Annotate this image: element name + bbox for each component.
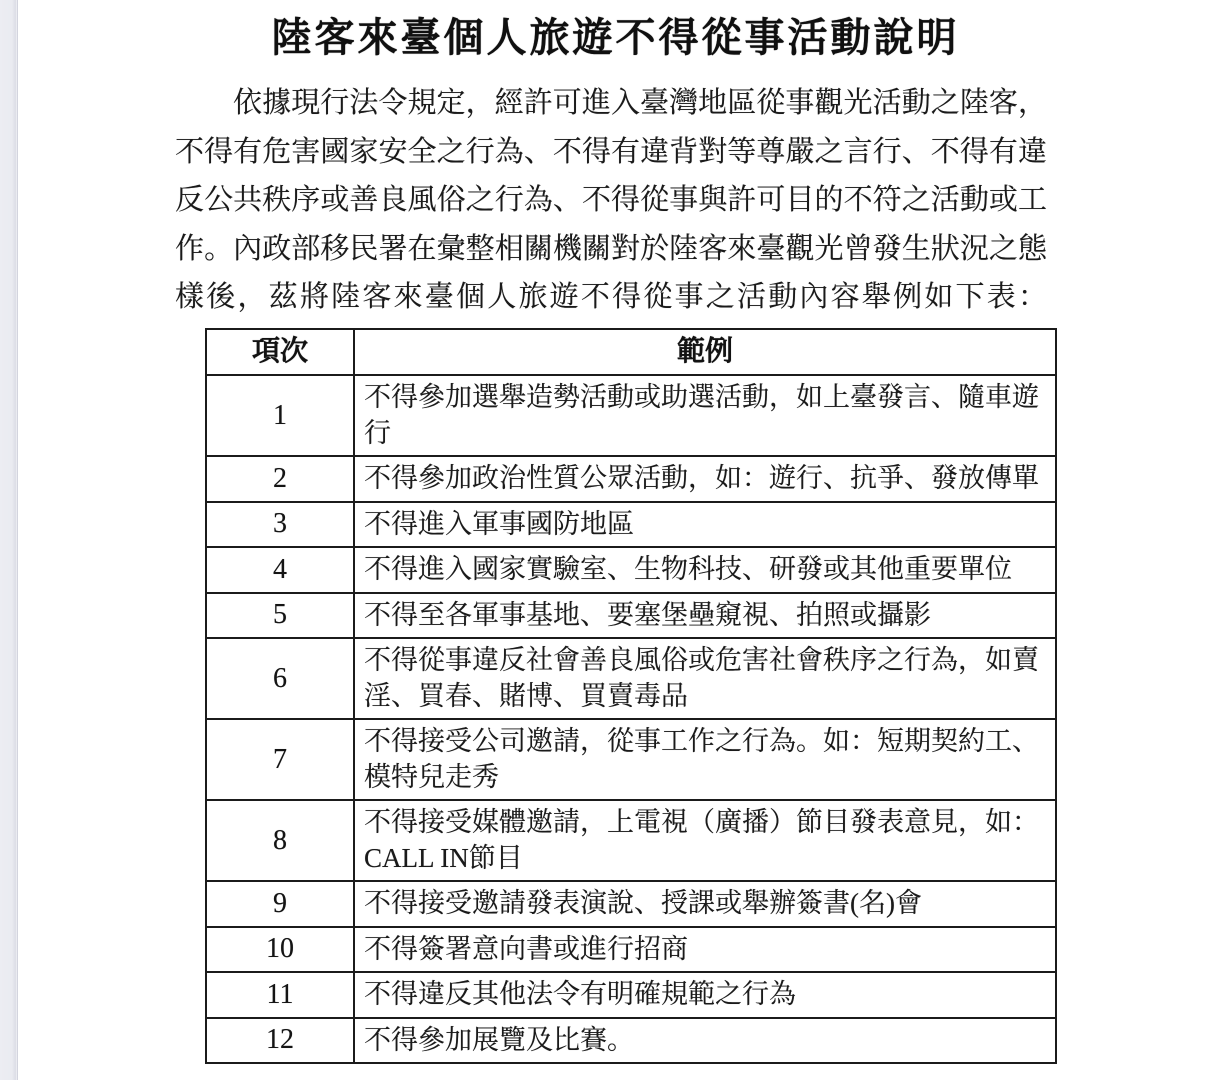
example-cell: 不得接受媒體邀請，上電視（廣播）節目發表意見，如：CALL IN節目 (354, 800, 1056, 881)
example-cell: 不得參加政治性質公眾活動，如：遊行、抗爭、發放傳單 (354, 456, 1056, 502)
item-number-cell: 7 (206, 719, 354, 800)
item-number-cell: 10 (206, 927, 354, 973)
example-cell: 不得進入國家實驗室、生物科技、研發或其他重要單位 (354, 547, 1056, 593)
paragraph-line: 樣後，茲將陸客來臺個人旅遊不得從事之活動內容舉例如下表： (175, 273, 1047, 322)
table-row: 2不得參加政治性質公眾活動，如：遊行、抗爭、發放傳單 (206, 456, 1056, 502)
item-number-cell: 8 (206, 800, 354, 881)
table-header-row: 項次 範例 (206, 329, 1056, 375)
table-row: 10不得簽署意向書或進行招商 (206, 927, 1056, 973)
example-cell: 不得接受公司邀請，從事工作之行為。如：短期契約工、模特兒走秀 (354, 719, 1056, 800)
intro-paragraph: 依據現行法令規定，經許可進入臺灣地區從事觀光活動之陸客，不得有危害國家安全之行為… (175, 79, 1047, 322)
example-cell: 不得接受邀請發表演說、授課或舉辦簽書(名)會 (354, 881, 1056, 927)
restrictions-table: 項次 範例 1不得參加選舉造勢活動或助選活動，如上臺發言、隨車遊行2不得參加政治… (205, 328, 1057, 1064)
item-number-cell: 5 (206, 593, 354, 639)
table-row: 6不得從事違反社會善良風俗或危害社會秩序之行為，如賣淫、買春、賭博、買賣毒品 (206, 638, 1056, 719)
table-row: 12不得參加展覽及比賽。 (206, 1018, 1056, 1064)
item-number-cell: 6 (206, 638, 354, 719)
example-cell: 不得簽署意向書或進行招商 (354, 927, 1056, 973)
paragraph-line: 不得有危害國家安全之行為、不得有違背對等尊嚴之言行、不得有違 (175, 128, 1047, 177)
item-number-cell: 9 (206, 881, 354, 927)
paragraph-line: 反公共秩序或善良風俗之行為、不得從事與許可目的不符之活動或工 (175, 176, 1047, 225)
table-row: 5不得至各軍事基地、要塞堡壘窺視、拍照或攝影 (206, 593, 1056, 639)
example-cell: 不得違反其他法令有明確規範之行為 (354, 972, 1056, 1018)
document-page: 陸客來臺個人旅遊不得從事活動說明 依據現行法令規定，經許可進入臺灣地區從事觀光活… (0, 0, 1231, 1080)
table-row: 9不得接受邀請發表演說、授課或舉辦簽書(名)會 (206, 881, 1056, 927)
item-number-cell: 12 (206, 1018, 354, 1064)
example-cell: 不得參加選舉造勢活動或助選活動，如上臺發言、隨車遊行 (354, 375, 1056, 456)
table-row: 1不得參加選舉造勢活動或助選活動，如上臺發言、隨車遊行 (206, 375, 1056, 456)
item-number-cell: 11 (206, 972, 354, 1018)
paragraph-line: 依據現行法令規定，經許可進入臺灣地區從事觀光活動之陸客， (175, 79, 1047, 128)
example-cell: 不得從事違反社會善良風俗或危害社會秩序之行為，如賣淫、買春、賭博、買賣毒品 (354, 638, 1056, 719)
item-number-cell: 4 (206, 547, 354, 593)
example-cell: 不得至各軍事基地、要塞堡壘窺視、拍照或攝影 (354, 593, 1056, 639)
table-row: 8不得接受媒體邀請，上電視（廣播）節目發表意見，如：CALL IN節目 (206, 800, 1056, 881)
scan-edge-artifact (0, 0, 18, 1080)
table-row: 4不得進入國家實驗室、生物科技、研發或其他重要單位 (206, 547, 1056, 593)
paragraph-line: 作。內政部移民署在彙整相關機關對於陸客來臺觀光曾發生狀況之態 (175, 225, 1047, 274)
example-cell: 不得參加展覽及比賽。 (354, 1018, 1056, 1064)
example-cell: 不得進入軍事國防地區 (354, 502, 1056, 548)
item-number-cell: 2 (206, 456, 354, 502)
item-number-cell: 3 (206, 502, 354, 548)
document-title: 陸客來臺個人旅遊不得從事活動說明 (0, 6, 1231, 63)
item-number-cell: 1 (206, 375, 354, 456)
table-row: 3不得進入軍事國防地區 (206, 502, 1056, 548)
column-header-example: 範例 (354, 329, 1056, 375)
table-row: 11不得違反其他法令有明確規範之行為 (206, 972, 1056, 1018)
column-header-item-number: 項次 (206, 329, 354, 375)
table-row: 7不得接受公司邀請，從事工作之行為。如：短期契約工、模特兒走秀 (206, 719, 1056, 800)
